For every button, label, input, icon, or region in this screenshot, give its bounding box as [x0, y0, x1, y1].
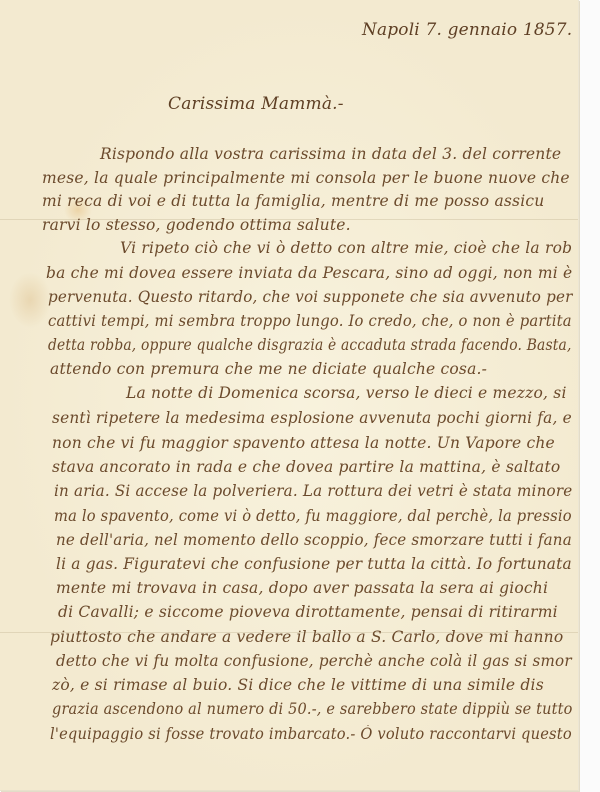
letter-line: Vi ripeto ciò che vi ò detto con altre m… [120, 241, 572, 257]
letter-line: pervenuta. Questo ritardo, che voi suppo… [48, 290, 573, 306]
letter-line: grazia ascendono al numero di 50.-, e sa… [52, 702, 573, 718]
letter-line: sentì ripetere la medesima esplosione av… [52, 411, 572, 427]
letter-line: stava ancorato in rada e che dovea parti… [52, 460, 560, 476]
dateline: Napoli 7. gennaio 1857. [362, 22, 572, 39]
letter-line: mi reca di voi e di tutta la famiglia, m… [42, 194, 544, 210]
letter-line: piuttosto che andare a vedere il ballo a… [50, 630, 563, 646]
letter-line: rarvi lo stesso, godendo ottima salute. [42, 218, 351, 234]
letter-line: mente mi trovava in casa, dopo aver pass… [56, 581, 548, 597]
letter-line: li a gas. Figuratevi che confusione per … [56, 557, 572, 573]
letter-line: mese, la quale principalmente mi consola… [42, 171, 570, 187]
letter-line: non che vi fu maggior spavento attesa la… [52, 436, 555, 452]
letter-line: La notte di Domenica scorsa, verso le di… [126, 386, 567, 402]
letter-line: detto che vi fu molta confusione, perchè… [56, 654, 572, 670]
salutation: Carissima Mammà.- [168, 96, 344, 113]
letter-line: ma lo spavento, come vi ò detto, fu magg… [54, 509, 572, 525]
letter-line: di Cavalli; e siccome pioveva dirottamen… [58, 605, 558, 621]
paper-sheet: Napoli 7. gennaio 1857. Carissima Mammà.… [0, 0, 579, 791]
letter-line: ne dell'aria, nel momento dello scoppio,… [56, 533, 572, 549]
letter-line: in aria. Si accese la polveriera. La rot… [54, 484, 572, 500]
letter-line: cattivi tempi, mi sembra troppo lungo. I… [48, 314, 572, 330]
letter-line: ba che mi dovea essere inviata da Pescar… [46, 266, 572, 282]
letter-line: l'equipaggio si fosse trovato imbarcato.… [50, 727, 572, 743]
letter-line: detta robba, oppure qualche disgrazia è … [48, 338, 572, 354]
scanned-letter: Napoli 7. gennaio 1857. Carissima Mammà.… [0, 0, 600, 792]
letter-line: attendo con premura che me ne diciate qu… [50, 362, 487, 378]
letter-line: zò, e si rimase al buio. Si dice che le … [52, 678, 544, 694]
letter-line: Rispondo alla vostra carissima in data d… [100, 147, 570, 163]
